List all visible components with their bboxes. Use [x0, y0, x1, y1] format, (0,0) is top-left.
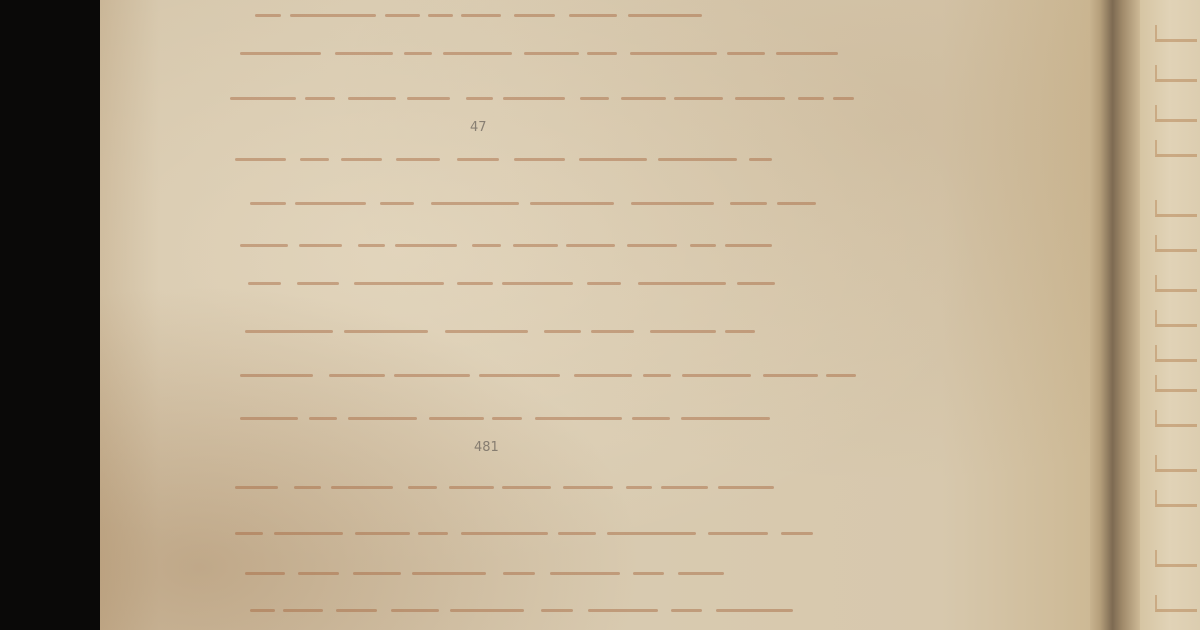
ink-word	[461, 532, 548, 535]
ink-word	[630, 52, 717, 55]
ink-word	[290, 14, 376, 17]
handwritten-line	[248, 270, 792, 292]
ink-word	[449, 486, 494, 489]
ink-word	[502, 282, 573, 285]
ink-word	[632, 417, 670, 420]
ink-word	[358, 244, 385, 247]
ink-word	[391, 609, 439, 612]
ink-word	[235, 486, 278, 489]
ink-word	[725, 244, 772, 247]
handwritten-line	[235, 146, 781, 168]
ink-word	[354, 282, 444, 285]
ink-word	[708, 532, 768, 535]
handwritten-line	[235, 474, 784, 496]
facing-line-start	[1155, 490, 1197, 507]
ink-word	[725, 330, 755, 333]
ink-word	[730, 202, 767, 205]
ink-word	[461, 14, 501, 17]
ink-word	[298, 572, 339, 575]
facing-line-start	[1155, 310, 1197, 327]
ink-word	[445, 330, 528, 333]
ink-word	[274, 532, 343, 535]
ink-word	[631, 202, 714, 205]
ink-word	[341, 158, 382, 161]
ink-word	[428, 14, 453, 17]
ink-word	[466, 97, 493, 100]
ink-word	[591, 330, 634, 333]
handwritten-line	[240, 40, 850, 62]
facing-line-start	[1155, 345, 1197, 362]
facing-line-start	[1155, 235, 1197, 252]
ink-word	[240, 417, 298, 420]
ink-word	[681, 417, 770, 420]
binding-gutter	[1090, 0, 1140, 630]
handwritten-line	[235, 520, 823, 542]
ink-word	[240, 52, 321, 55]
ink-word	[283, 609, 323, 612]
ink-word	[407, 97, 450, 100]
ink-word	[418, 532, 448, 535]
ink-word	[245, 572, 285, 575]
ink-word	[503, 572, 535, 575]
ink-word	[621, 97, 666, 100]
ink-word	[335, 52, 393, 55]
ink-word	[492, 417, 522, 420]
ink-word	[514, 14, 555, 17]
ink-word	[749, 158, 772, 161]
facing-line-start	[1155, 455, 1197, 472]
ink-word	[331, 486, 393, 489]
ink-word	[457, 158, 499, 161]
ink-word	[395, 244, 457, 247]
ink-word	[658, 158, 737, 161]
ink-word	[235, 158, 286, 161]
ink-word	[826, 374, 856, 377]
handwritten-line	[245, 318, 768, 340]
ink-word	[690, 244, 716, 247]
ink-word	[329, 374, 385, 377]
ink-word	[627, 244, 677, 247]
ink-word	[344, 330, 428, 333]
ink-word	[678, 572, 724, 575]
ink-word	[353, 572, 401, 575]
ink-word	[502, 486, 551, 489]
ink-word	[248, 282, 281, 285]
ink-word	[235, 532, 263, 535]
ink-word	[833, 97, 854, 100]
ink-word	[558, 532, 596, 535]
ink-word	[503, 97, 565, 100]
ink-word	[737, 282, 775, 285]
ink-word	[535, 417, 622, 420]
ink-word	[250, 609, 275, 612]
ink-word	[777, 202, 816, 205]
handwritten-line	[240, 232, 782, 254]
facing-line-start	[1155, 105, 1197, 122]
ink-word	[513, 244, 558, 247]
ink-word	[628, 14, 702, 17]
ink-word	[348, 417, 417, 420]
ink-word	[781, 532, 813, 535]
ink-word	[514, 158, 565, 161]
ink-word	[798, 97, 824, 100]
folio-number: 481	[474, 440, 499, 455]
ink-word	[240, 244, 288, 247]
ink-word	[305, 97, 335, 100]
ink-word	[735, 97, 785, 100]
ink-word	[544, 330, 581, 333]
ink-word	[412, 572, 486, 575]
ink-word	[294, 486, 321, 489]
ink-word	[588, 609, 658, 612]
ink-word	[563, 486, 613, 489]
ink-word	[763, 374, 818, 377]
ink-word	[716, 609, 793, 612]
ink-word	[408, 486, 437, 489]
ink-word	[255, 14, 281, 17]
ink-word	[309, 417, 337, 420]
facing-line-start	[1155, 200, 1197, 217]
ink-word	[574, 374, 632, 377]
ink-word	[300, 158, 329, 161]
facing-line-start	[1155, 140, 1197, 157]
ink-word	[587, 52, 617, 55]
ink-word	[479, 374, 560, 377]
dark-backdrop	[0, 0, 100, 630]
ink-word	[579, 158, 647, 161]
ink-word	[431, 202, 519, 205]
facing-line-start	[1155, 595, 1197, 612]
ink-word	[404, 52, 432, 55]
ink-word	[380, 202, 414, 205]
ink-word	[429, 417, 484, 420]
ink-word	[457, 282, 493, 285]
folio-number: 47	[470, 120, 487, 135]
ink-word	[682, 374, 751, 377]
ink-word	[650, 330, 716, 333]
ink-word	[240, 374, 313, 377]
ink-word	[674, 97, 723, 100]
ink-word	[336, 609, 377, 612]
ink-word	[587, 282, 621, 285]
ink-word	[569, 14, 617, 17]
handwritten-line	[230, 85, 864, 107]
ink-word	[230, 97, 296, 100]
handwritten-line	[240, 362, 869, 384]
ink-word	[727, 52, 765, 55]
ink-word	[776, 52, 838, 55]
ink-word	[299, 244, 342, 247]
handwritten-line	[255, 2, 719, 24]
ink-word	[541, 609, 573, 612]
ink-word	[472, 244, 501, 247]
ink-word	[245, 330, 333, 333]
ink-word	[250, 202, 286, 205]
facing-line-start	[1155, 550, 1197, 567]
ink-word	[348, 97, 396, 100]
ink-word	[643, 374, 671, 377]
facing-line-start	[1155, 275, 1197, 292]
ink-word	[450, 609, 524, 612]
facing-line-start	[1155, 25, 1197, 42]
ink-word	[580, 97, 609, 100]
ink-word	[607, 532, 696, 535]
ink-word	[524, 52, 579, 55]
handwritten-line	[245, 560, 741, 582]
facing-line-start	[1155, 65, 1197, 82]
ink-word	[355, 532, 410, 535]
ink-word	[566, 244, 615, 247]
handwritten-line	[240, 405, 782, 427]
ink-word	[626, 486, 652, 489]
ink-word	[443, 52, 512, 55]
facing-line-start	[1155, 375, 1197, 392]
ink-word	[671, 609, 702, 612]
ink-word	[530, 202, 614, 205]
ink-word	[297, 282, 339, 285]
ink-word	[718, 486, 774, 489]
ink-word	[396, 158, 440, 161]
ink-word	[638, 282, 726, 285]
ink-word	[550, 572, 620, 575]
ink-word	[394, 374, 470, 377]
facing-line-start	[1155, 410, 1197, 427]
ink-word	[295, 202, 366, 205]
handwritten-line	[250, 597, 810, 619]
handwritten-line	[250, 190, 832, 212]
ink-word	[633, 572, 664, 575]
ink-word	[661, 486, 708, 489]
ink-word	[385, 14, 420, 17]
